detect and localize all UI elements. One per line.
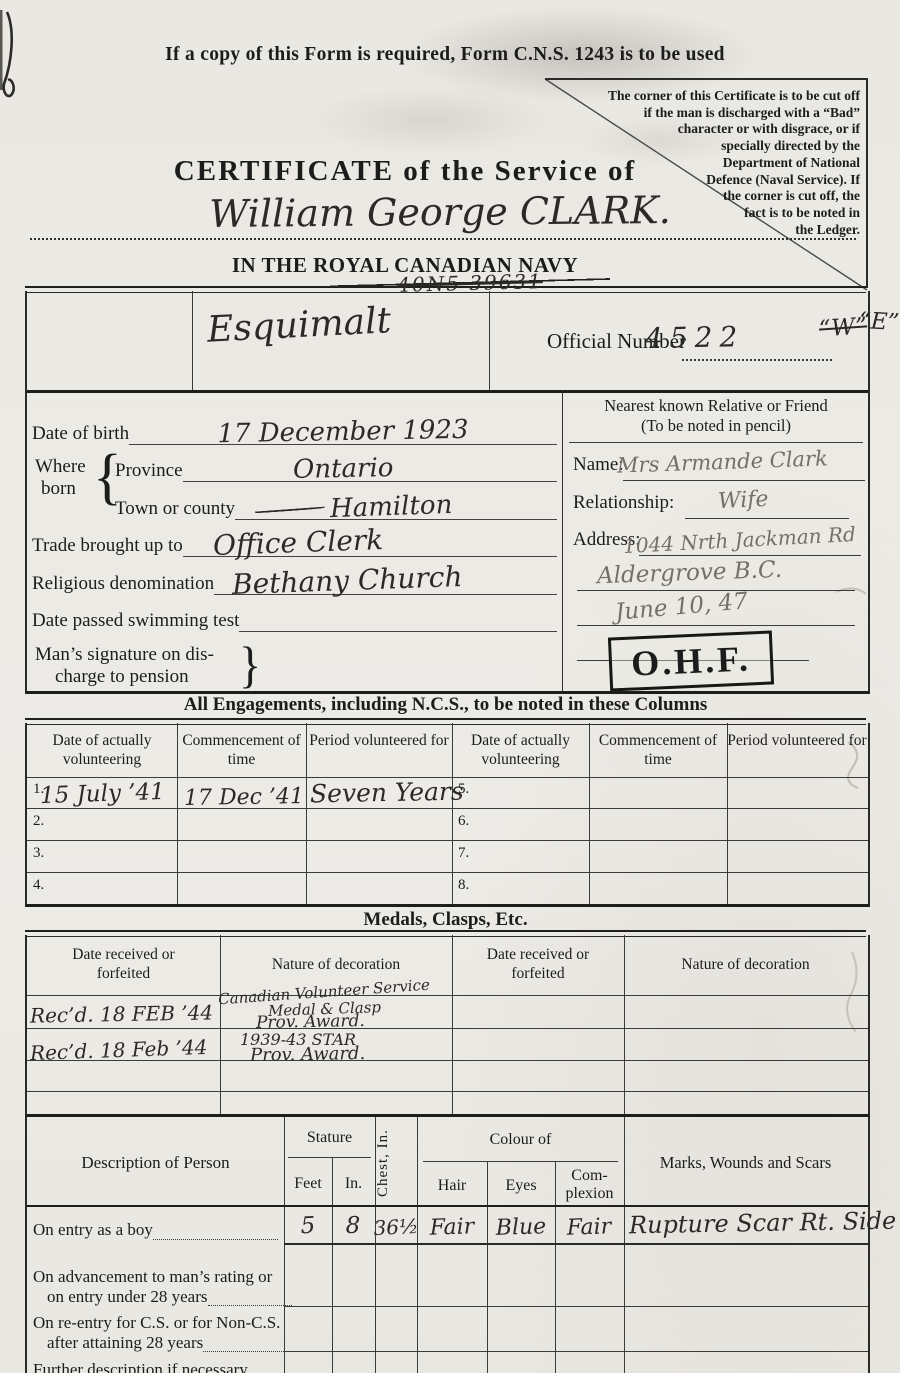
engagements-header: Period volunteered for: [306, 723, 452, 777]
date-of-birth-value: 17 December 1923: [129, 413, 557, 450]
religion-value: Bethany Church: [232, 560, 463, 601]
dot-leader: [203, 1338, 292, 1352]
date-of-birth-line: 17 December 1923: [129, 420, 557, 445]
dot-leader: [208, 1292, 292, 1306]
medals-title: Medals, Clasps, Etc.: [25, 909, 866, 931]
trade-label: Trade brought up to: [32, 535, 183, 557]
inches-header: In.: [332, 1175, 375, 1193]
relationship-label: Relationship:: [573, 492, 674, 514]
field-trade: Trade brought up to Office Clerk: [32, 532, 557, 557]
relationship-line: [685, 518, 849, 519]
born-label: born: [35, 478, 86, 500]
ohf-stamp: O.H.F.: [608, 630, 774, 691]
description-row-line: [284, 1351, 868, 1352]
signature-label-line2: charge to pension: [35, 666, 214, 688]
feet-value: 5: [300, 1213, 316, 1239]
engagements-header: Period volunteered for: [727, 723, 867, 777]
engagements-table: Date of actually volunteering Commenceme…: [25, 723, 870, 907]
name-dotted-line: [30, 238, 856, 240]
town-line: Hamilton: [235, 495, 557, 520]
signature-label-line1: Man’s signature on dis-: [35, 644, 214, 666]
complexion-header-line2: plexion: [555, 1185, 624, 1203]
medals-col-divider: [624, 935, 625, 1114]
eyes-header: Eyes: [487, 1177, 555, 1195]
medal-date-value: Rec’d. 18 FEB ’44: [30, 1000, 214, 1027]
eyes-value: Blue: [495, 1214, 546, 1241]
official-number-dotted-line: [682, 359, 832, 361]
service-certificate-scan: If a copy of this Form is required, Form…: [0, 0, 900, 1373]
chest-header: Chest, In.: [375, 1123, 417, 1203]
complexion-value: Fair: [566, 1214, 611, 1241]
colour-of-underline: [423, 1161, 618, 1162]
relative-header-line: [569, 442, 863, 443]
where-born-label: Where born: [35, 456, 86, 500]
complexion-header-line1: Com-: [555, 1167, 624, 1185]
medals-header: Nature of decoration: [220, 956, 452, 975]
row-label-line2: on entry under 28 years: [47, 1287, 208, 1307]
port-row: Esquimalt Official Number 4522 “W” “E”: [25, 291, 870, 393]
sailor-name: William George CLARK.: [30, 186, 850, 237]
hair-value: Fair: [429, 1214, 474, 1241]
row-label-line2: after attaining 28 years: [47, 1333, 203, 1353]
medals-col-divider: [220, 935, 221, 1114]
row-number: 4.: [33, 877, 44, 894]
description-row-advancement: On advancement to man’s rating or on ent…: [33, 1267, 292, 1306]
relative-box: Nearest known Relative or Friend (To be …: [562, 390, 869, 691]
medals-row-line: [27, 1091, 868, 1092]
swim-test-line: [239, 607, 557, 632]
engagements-title: All Engagements, including N.C.S., to be…: [25, 694, 866, 716]
marks-header: Marks, Wounds and Scars: [624, 1153, 867, 1173]
annotation-kept-mark: “E”: [858, 308, 900, 336]
description-header-bottom-line: [27, 1205, 868, 1207]
swim-test-label: Date passed swimming test: [32, 610, 239, 632]
engagements-header: Commencement of time: [177, 723, 306, 777]
description-col-divider: [417, 1117, 418, 1373]
hair-header: Hair: [417, 1177, 487, 1195]
chest-value: 36½: [373, 1214, 419, 1240]
description-row-line: [284, 1306, 868, 1307]
description-row-entry-boy: On entry as a boy: [33, 1220, 278, 1240]
religion-label: Religious denomination: [32, 573, 214, 595]
row-label: On entry as a boy: [33, 1220, 153, 1240]
relative-header: Nearest known Relative or Friend: [563, 396, 869, 416]
town-label: Town or county: [115, 498, 235, 520]
port-row-divider: [192, 291, 193, 390]
field-religion: Religious denomination Bethany Church: [32, 570, 557, 595]
engagement-row: 2. 6.: [27, 809, 868, 841]
medals-row-line: [27, 1028, 868, 1029]
medals-col-divider: [452, 935, 453, 1114]
form-copy-note: If a copy of this Form is required, Form…: [0, 44, 890, 66]
engagements-header: Commencement of time: [589, 723, 727, 777]
ohf-stamp-text: O.H.F.: [630, 637, 751, 684]
engagement-period-value: Seven Years: [310, 777, 464, 809]
engagement-row: 4. 8.: [27, 873, 868, 904]
medals-table: Date received or forfeited Nature of dec…: [25, 935, 870, 1117]
engagements-header: Date of actually volunteering: [452, 723, 589, 777]
field-town: Town or county Hamilton: [115, 495, 557, 520]
description-row-line: [284, 1243, 868, 1245]
religion-line: Bethany Church: [214, 570, 557, 595]
title-box-top-border: [545, 78, 867, 80]
inches-value: 8: [346, 1213, 361, 1239]
medals-header: Nature of decoration: [624, 956, 867, 975]
marks-value: Rupture Scar Rt. Side: [629, 1207, 897, 1240]
trade-line: Office Clerk: [183, 532, 557, 557]
field-province: Province Ontario: [115, 457, 557, 482]
details-section: Date of birth 17 December 1923 Where bor…: [25, 390, 870, 694]
engagement-commencement-value: 17 Dec ’41: [184, 784, 304, 811]
town-value: Hamilton: [330, 490, 453, 524]
row-number: 3.: [33, 845, 44, 862]
medal-decoration-line: Prov. Award.: [250, 1043, 366, 1066]
signature-label: Man’s signature on dis- charge to pensio…: [35, 644, 214, 689]
row-number: 7.: [458, 845, 469, 862]
description-row-reentry: On re-entry for C.S. or for Non-C.S. aft…: [33, 1313, 292, 1352]
engagements-header-row: Date of actually volunteering Commenceme…: [27, 723, 868, 778]
medals-header: Date received or forfeited: [49, 946, 199, 983]
address-value-2: Aldergrove B.C.: [597, 557, 783, 589]
trade-value: Office Clerk: [212, 523, 383, 562]
signature-brace: }: [239, 635, 261, 693]
province-label: Province: [115, 460, 183, 482]
where-label: Where: [35, 456, 86, 478]
row-number: 8.: [458, 877, 469, 894]
description-footer: Further description if necessary.: [33, 1360, 251, 1373]
row-label-line1: On re-entry for C.S. or for Non-C.S.: [33, 1313, 292, 1333]
row-label-line1: On advancement to man’s rating or: [33, 1267, 292, 1287]
row-number: 6.: [458, 813, 469, 830]
official-number-value: 4522: [645, 320, 745, 355]
relationship-value: Wife: [717, 487, 769, 515]
province-value: Ontario: [292, 453, 393, 485]
description-person-header: Description of Person: [27, 1153, 284, 1173]
engagements-header: Date of actually volunteering: [27, 723, 177, 777]
title-box-right-border: [866, 78, 868, 288]
row-number: 2.: [33, 813, 44, 830]
relative-subheader: (To be noted in pencil): [563, 416, 869, 436]
field-swim-test: Date passed swimming test: [32, 607, 557, 632]
complexion-header: Com- plexion: [555, 1167, 624, 1202]
certificate-title: CERTIFICATE of the Service of: [25, 155, 785, 188]
port-division-value: Esquimalt: [206, 300, 392, 351]
medals-header: Date received or forfeited: [463, 946, 613, 983]
port-row-divider: [489, 291, 490, 390]
stature-header: Stature: [284, 1129, 375, 1147]
feet-header: Feet: [284, 1175, 332, 1193]
address-value: 1044 Nrth Jackman Rd: [623, 522, 857, 558]
stature-underline: [288, 1157, 371, 1158]
medals-header-row: Date received or forfeited Nature of dec…: [27, 935, 868, 996]
relative-name-line: [623, 480, 865, 481]
engagement-date-value: 15 July ’41: [40, 779, 166, 809]
province-line: Ontario: [183, 457, 557, 482]
pen-flourish: [255, 507, 325, 514]
description-table: Description of Person Stature Feet In. C…: [25, 1117, 870, 1373]
relative-name-value: Mrs Armande Clark: [617, 446, 828, 477]
dot-leader: [153, 1226, 278, 1240]
address-value-3: June 10, 47: [614, 588, 749, 625]
colour-of-header: Colour of: [417, 1131, 624, 1149]
engagement-row: 3. 7.: [27, 841, 868, 873]
